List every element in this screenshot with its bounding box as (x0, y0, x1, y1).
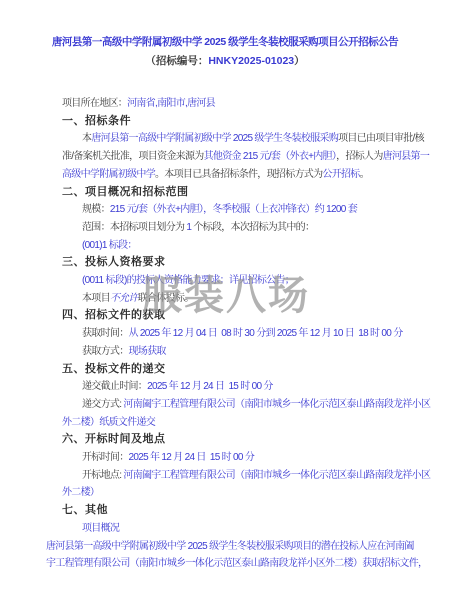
text-segment: 宇工程管理有限公司（南阳市城乡一体化示范区泰山路南段龙祥小区外二楼）获取招标文件… (46, 558, 427, 569)
text-segment: 项目已由项目审批/核 (338, 133, 424, 144)
text-segment: 五、投标文件的递交 (62, 363, 166, 375)
deadline-line: 递交截止时间：2025 年 12 月 24 日 15 时 00 分 (62, 378, 450, 396)
open-place-line-2: 外二楼） (62, 484, 450, 502)
text-segment: 本项目 (82, 293, 110, 304)
text-segment: 获取时间： (82, 328, 129, 339)
text-segment: 河南阖宇工程管理有限公司（南阳市城乡一体化示范区泰山路南段龙祥小区 (123, 470, 430, 481)
text-segment: 其他资金 215 元/套（外衣+内胆） (204, 151, 337, 162)
text-segment: 河南省,南阳市,唐河县 (127, 98, 215, 109)
text-segment: 项目所在地区： (62, 98, 127, 109)
text-segment: 范围：本招标项目划分为 (82, 222, 184, 233)
text-segment: （招标编号： (145, 55, 208, 67)
scale-line: 规模：215 元/套（外衣+内胆），冬季校服（上衣冲锋衣）约 1200 套 (62, 201, 450, 219)
text-segment: 唐河县第一 (383, 151, 430, 162)
section-7-heading: 七、其他 (62, 502, 450, 520)
open-time-line: 开标时间：2025 年 12 月 24 日 15 时 00 分 (62, 449, 450, 467)
text-segment: 唐河县第一高级中学附属初级中学 2025 级学生冬装校服采购项目的潜在投标人应在… (46, 541, 414, 552)
text-segment: 四、招标文件的获取 (62, 309, 166, 321)
section-6-heading: 六、开标时间及地点 (62, 431, 450, 449)
section-3-heading: 三、投标人资格要求 (62, 254, 450, 272)
announcement-title: 唐河县第一高级中学附属初级中学 2025 级学生冬装校服采购项目公开招标公告 (0, 33, 450, 52)
open-place-line: 开标地点: 河南阖宇工程管理有限公司（南阳市城乡一体化示范区泰山路南段龙祥小区 (62, 467, 450, 485)
text-segment: 外二楼）纸质文件递交 (62, 417, 155, 428)
location-line: 项目所在地区：河南省,南阳市,唐河县 (62, 95, 450, 113)
text-segment: 高级中学附属初级中学 (62, 169, 155, 180)
document-body: 项目所在地区：河南省,南阳市,唐河县一、招标条件本唐河县第一高级中学附属初级中学… (62, 95, 450, 573)
text-segment: 规模： (82, 204, 110, 215)
text-segment: ，招标人为 (336, 151, 383, 162)
text-segment: 联合体投标。 (138, 293, 194, 304)
obtain-time-line: 获取时间：从 2025 年 12 月 04 日 08 时 30 分到 2025 … (62, 325, 450, 343)
text-segment: 一、招标条件 (62, 115, 131, 127)
text-segment: 本 (82, 133, 91, 144)
text-segment: ） (294, 55, 305, 67)
text-segment: 二、项目概况和招标范围 (62, 186, 189, 198)
text-segment: 项目概况 (82, 523, 119, 534)
consortium-line: 本项目不允许联合体投标。 (62, 290, 450, 308)
overview-line: 唐河县第一高级中学附属初级中学 2025 级学生冬装校服采购项目的潜在投标人应在… (46, 538, 450, 556)
text-segment: 公开招标 (322, 169, 359, 180)
text-segment: (0011 标段)的投标人资格能力要求：详见招标公告； (82, 275, 294, 286)
text-segment: 。本项目已具备招标条件，现招标方式为 (155, 169, 322, 180)
text-segment: 开标时间： (82, 452, 129, 463)
text-segment: 2025 年 12 月 24 日 15 时 00 分 (129, 452, 255, 463)
body-line: 准/备案机关批准，项目资金来源为其他资金 215 元/套（外衣+内胆），招标人为… (62, 148, 450, 166)
text-segment: 现场获取 (129, 346, 166, 357)
text-segment: 唐河县第一高级中学附属初级中学 2025 级学生冬装校服采购项目公开招标公告 (52, 36, 398, 48)
text-segment: 获取方式： (82, 346, 129, 357)
section-1-heading: 一、招标条件 (62, 113, 450, 131)
submit-method-line-2: 外二楼）纸质文件递交 (62, 414, 450, 432)
document-title: 唐河县第一高级中学附属初级中学 2025 级学生冬装校服采购项目公开招标公告 （… (0, 0, 450, 71)
scope-line: 范围：本招标项目划分为 1 个标段，本次招标为其中的： (62, 219, 450, 237)
section-2-heading: 二、项目概况和招标范围 (62, 184, 450, 202)
overview-label: 项目概况 (62, 520, 450, 538)
announcement-page: 服装八场 唐河县第一高级中学附属初级中学 2025 级学生冬装校服采购项目公开招… (0, 0, 450, 600)
submit-method-line: 递交方式: 河南阖宇工程管理有限公司（南阳市城乡一体化示范区泰山路南段龙祥小区 (62, 396, 450, 414)
text-segment: 唐河县第一高级中学附属初级中学 2025 级学生冬装校服采购 (91, 133, 338, 144)
text-segment: 从 2025 年 12 月 04 日 08 时 30 分到 2025 年 12 … (129, 328, 403, 339)
text-segment: 六、开标时间及地点 (62, 433, 166, 445)
text-segment: 不允许 (110, 293, 138, 304)
text-segment: 递交截止时间： (82, 381, 147, 392)
text-segment: 外二楼） (62, 487, 99, 498)
lot-line: (001)1 标段： (62, 237, 450, 255)
text-segment: 215 元/套（外衣+内胆），冬季校服（上衣冲锋衣）约 1200 套 (110, 204, 357, 215)
section-4-heading: 四、招标文件的获取 (62, 307, 450, 325)
text-segment: 递交方式: (82, 399, 123, 410)
qualification-line: (0011 标段)的投标人资格能力要求：详见招标公告； (62, 272, 450, 290)
text-segment: 三、投标人资格要求 (62, 256, 166, 268)
text-segment: 准/备案机关批准，项目资金来源为 (62, 151, 204, 162)
section-5-heading: 五、投标文件的递交 (62, 361, 450, 379)
text-segment: 1 (184, 222, 193, 233)
body-line: 本唐河县第一高级中学附属初级中学 2025 级学生冬装校服采购项目已由项目审批/… (62, 130, 450, 148)
text-segment: (001)1 标段： (82, 240, 137, 251)
overview-line-2: 宇工程管理有限公司（南阳市城乡一体化示范区泰山路南段龙祥小区外二楼）获取招标文件… (46, 555, 450, 573)
obtain-method-line: 获取方式：现场获取 (62, 343, 450, 361)
text-segment: 河南阖宇工程管理有限公司（南阳市城乡一体化示范区泰山路南段龙祥小区 (123, 399, 430, 410)
body-line: 高级中学附属初级中学。本项目已具备招标条件，现招标方式为公开招标。 (62, 166, 450, 184)
text-segment: HNKY2025-01023 (208, 55, 294, 67)
text-segment: 七、其他 (62, 504, 108, 516)
text-segment: 2025 年 12 月 24 日 15 时 00 分 (147, 381, 273, 392)
text-segment: 个标段，本次招标为其中的： (193, 222, 314, 233)
tender-number: （招标编号：HNKY2025-01023） (0, 52, 450, 71)
text-segment: 开标地点: (82, 470, 123, 481)
text-segment: 。 (360, 169, 369, 180)
